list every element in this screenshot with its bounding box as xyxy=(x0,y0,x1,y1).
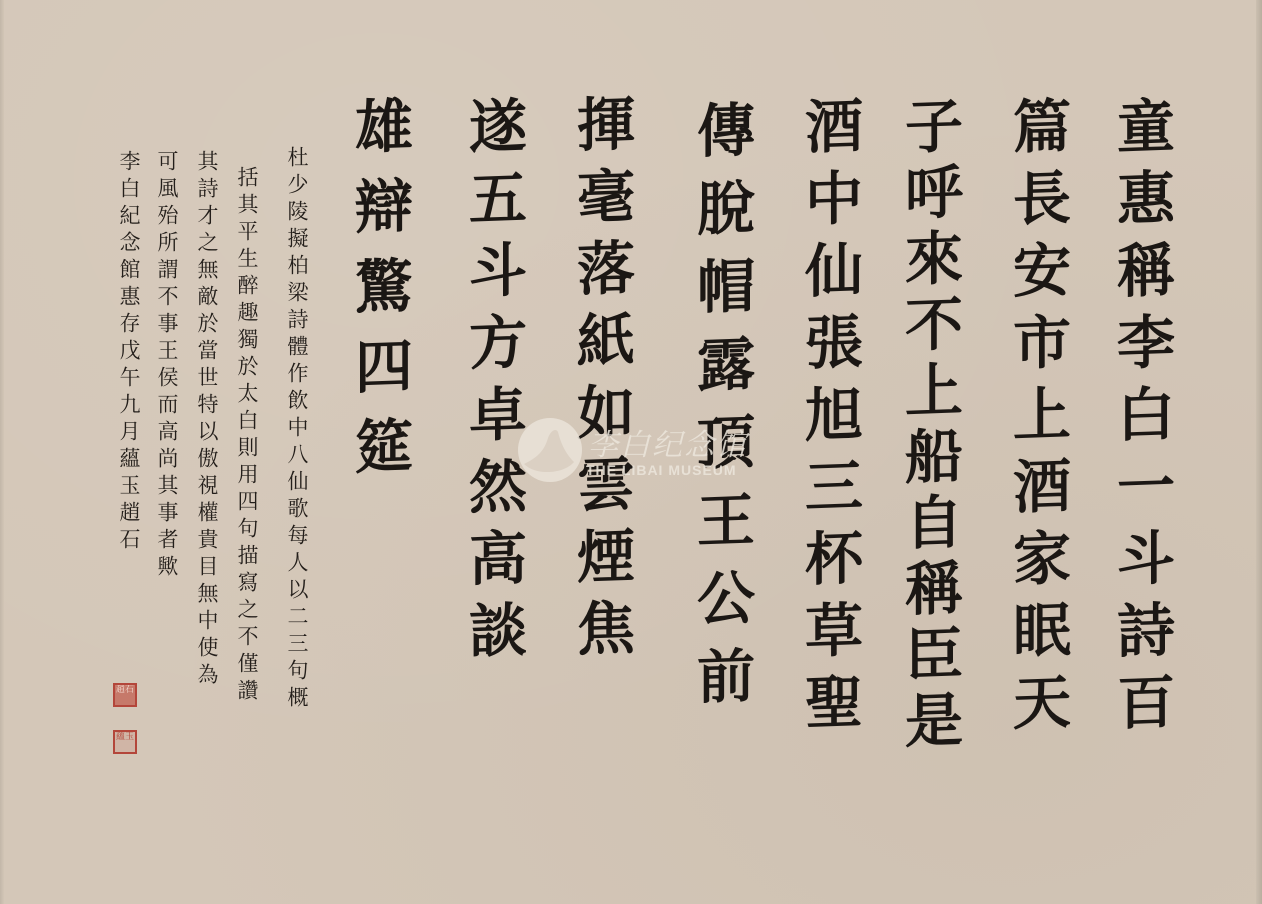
main-column-7: 遂五斗方卓然高談 xyxy=(464,95,522,673)
watermark-english: THE LIBAI MUSEUM xyxy=(586,462,737,478)
main-column-6: 揮毫落紙如雲煙焦 xyxy=(572,93,630,671)
main-column-8: 雄辯驚四筵 xyxy=(350,95,408,497)
inscription-column-4: 可風殆所謂不事王侯而高尚其事者歟 xyxy=(156,150,177,582)
seal-white: 蘊玉 xyxy=(113,730,137,754)
seal-red: 趙石 xyxy=(113,683,137,707)
main-column-2: 篇長安市上酒家眠天 xyxy=(1008,95,1066,745)
watermark-chinese: 李白纪念馆 xyxy=(588,420,748,464)
inscription-column-5: 李白紀念館惠存戊午九月蘊玉趙石 xyxy=(118,150,139,555)
main-column-1: 童惠稱李白一斗詩百 xyxy=(1112,95,1170,745)
inscription-column-1: 杜少陵擬柏梁詩體作飲中八仙歌每人以二三句概 xyxy=(286,146,307,713)
inscription-column-2: 括其平生醉趣獨於太白則用四句描寫之不僅讚 xyxy=(236,166,257,706)
museum-logo-icon xyxy=(518,418,582,482)
inscription-column-3: 其詩才之無敵於當世特以傲視權貴目無中使為 xyxy=(196,150,217,690)
museum-watermark: 李白纪念馆 THE LIBAI MUSEUM xyxy=(518,418,738,488)
main-column-3: 子呼來不上船自稱臣是 xyxy=(900,95,958,757)
paper-left-edge xyxy=(0,0,4,904)
main-column-4: 酒中仙張旭三杯草聖 xyxy=(800,95,858,745)
main-column-5: 傳脫帽露頂王公前 xyxy=(692,99,750,725)
paper-right-edge xyxy=(1256,0,1262,904)
